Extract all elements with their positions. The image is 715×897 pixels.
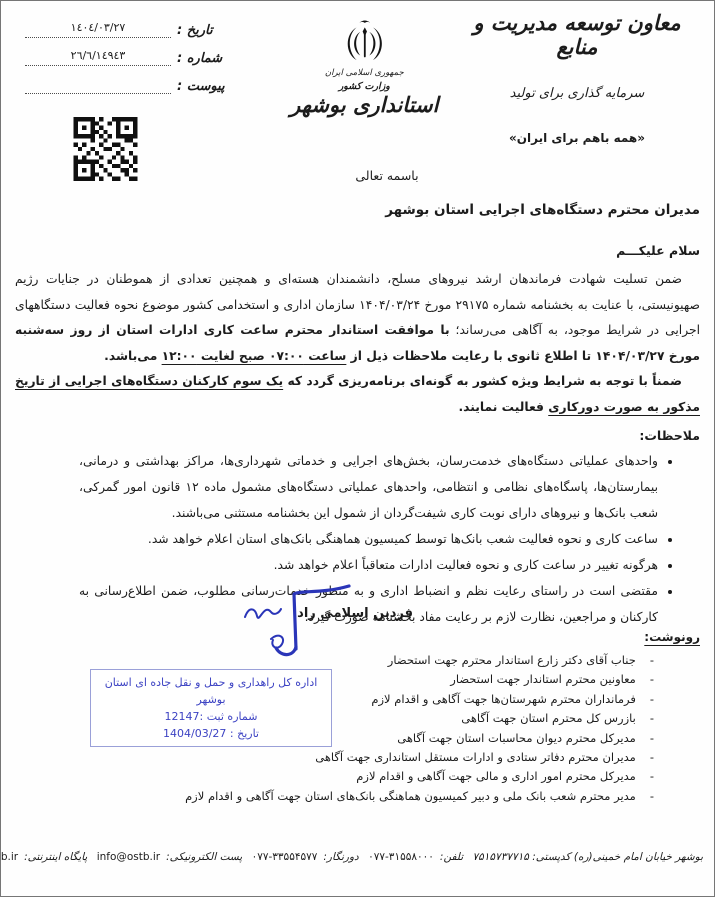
ministry-name: وزارت کشور — [279, 81, 449, 92]
paragraph-2: ضمناً با توجه به شرایط ویژه کشور به گونه… — [15, 369, 700, 420]
note-item: ساعت کاری و نحوه فعالیت شعب بانک‌ها توسط… — [15, 526, 658, 552]
paragraph-1-hours: ساعت ۰۷:۰۰ صبح لغایت ۱۲:۰۰ — [162, 349, 347, 363]
registration-stamp: اداره کل راهداری و حمل و نقل جاده ای است… — [90, 669, 332, 747]
deputy-subtitle: سرمایه گذاری برای تولید — [454, 86, 700, 101]
slogan: «همه باهم برای ایران» — [454, 131, 700, 145]
footer-email: info@ostb.ir — [97, 851, 160, 863]
footer: بوشهر خیابان امام خمینی(ره) کدپستی: ۷۵۱۵… — [9, 851, 706, 863]
footer-email-label: پست الکترونیکی: — [166, 851, 242, 863]
cc-item: مدیر محترم شعب بانک ملی و دبیر کمیسیون ه… — [15, 787, 654, 806]
letter-body: مدیران محترم دستگاه‌های اجرایی استان بوش… — [15, 202, 700, 630]
paragraph-2-tail: فعالیت نمایند. — [459, 400, 549, 414]
cc-heading: رونوشت: — [15, 630, 700, 644]
attachment-row: پیوست : — [25, 77, 237, 94]
footer-website-label: پایگاه اینترنتی: — [24, 851, 87, 863]
attachment-label: پیوست : — [171, 79, 237, 94]
country-name: جمهوری اسلامی ایران — [279, 68, 449, 78]
footer-fax-label: دورنگار: — [323, 851, 358, 863]
paragraph-1: ضمن تسلیت شهادت فرماندهان ارشد نیروهای م… — [15, 267, 700, 369]
stamp-date-label: تاریخ : — [230, 727, 259, 740]
organization-name: استانداری بوشهر — [279, 93, 449, 117]
header-left-block: تاریخ : ١٤٠٤/٠٣/٢٧ شماره : ٢٦/٦/١٤٩٤٣ پی… — [25, 21, 237, 105]
letter-page: معاون توسعه مدیریت و منابع سرمایه گذاری … — [0, 0, 715, 897]
footer-address: بوشهر خیابان امام خمینی(ره) کدپستی: ۷۵۱۵… — [473, 851, 703, 863]
number-value: ٢٦/٦/١٤٩٤٣ — [25, 49, 171, 66]
signer-name: فردین اسلامی راد — [297, 606, 413, 621]
footer-website: www.ostb.ir — [0, 851, 18, 863]
cc-item: مدیران محترم دفاتر ستادی و ادارات مستقل … — [15, 748, 654, 767]
iran-emblem-icon — [344, 48, 384, 67]
note-item: واحدهای عملیاتی دستگاه‌های خدمت‌رسان، بخ… — [15, 448, 658, 526]
paragraph-1-tail: می‌باشد. — [104, 349, 161, 363]
cc-item: جناب آقای دکتر زارع استاندار محترم جهت ا… — [15, 651, 654, 670]
stamp-reg-row: شماره ثبت :12147 — [97, 708, 325, 725]
header-right-block: معاون توسعه مدیریت و منابع سرمایه گذاری … — [454, 11, 700, 145]
attachment-value — [25, 77, 171, 94]
date-value: ١٤٠٤/٠٣/٢٧ — [25, 21, 171, 38]
cc-item: مدیرکل محترم امور اداری و مالی جهت آگاهی… — [15, 767, 654, 786]
notes-heading: ملاحظات: — [15, 428, 700, 443]
footer-phone-number: ۰۷۷-۳۱۵۵۸۰۰۰ — [368, 851, 434, 863]
besmellah: باسمه تعالی — [299, 168, 475, 183]
recipient-title: مدیران محترم دستگاه‌های اجرایی استان بوش… — [15, 202, 700, 218]
stamp-date-row: تاریخ : 1404/03/27 — [97, 725, 325, 742]
note-item: هرگونه تغییر در ساعت کاری و نحوه فعالیت … — [15, 552, 658, 578]
deputy-title: معاون توسعه مدیریت و منابع — [454, 11, 700, 59]
header-center-block: جمهوری اسلامی ایران وزارت کشور استانداری… — [279, 19, 449, 117]
date-row: تاریخ : ١٤٠٤/٠٣/٢٧ — [25, 21, 237, 38]
stamp-reg-label: شماره ثبت : — [200, 710, 258, 723]
footer-fax-number: ۰۷۷-۳۳۵۵۴۵۷۷ — [252, 851, 318, 863]
stamp-reg-number: 12147 — [165, 710, 200, 723]
date-label: تاریخ : — [171, 23, 237, 38]
number-label: شماره : — [171, 51, 237, 66]
salutation: سلام علیکـــم — [15, 243, 700, 258]
number-row: شماره : ٢٦/٦/١٤٩٤٣ — [25, 49, 237, 66]
qr-code — [72, 117, 139, 181]
footer-phone-label: تلفن: — [440, 851, 463, 863]
stamp-org: اداره کل راهداری و حمل و نقل جاده ای است… — [97, 674, 325, 708]
paragraph-2-lead: ضمناً با توجه به شرایط ویژه کشور به گونه… — [283, 374, 682, 388]
stamp-date-value: 1404/03/27 — [163, 727, 226, 740]
